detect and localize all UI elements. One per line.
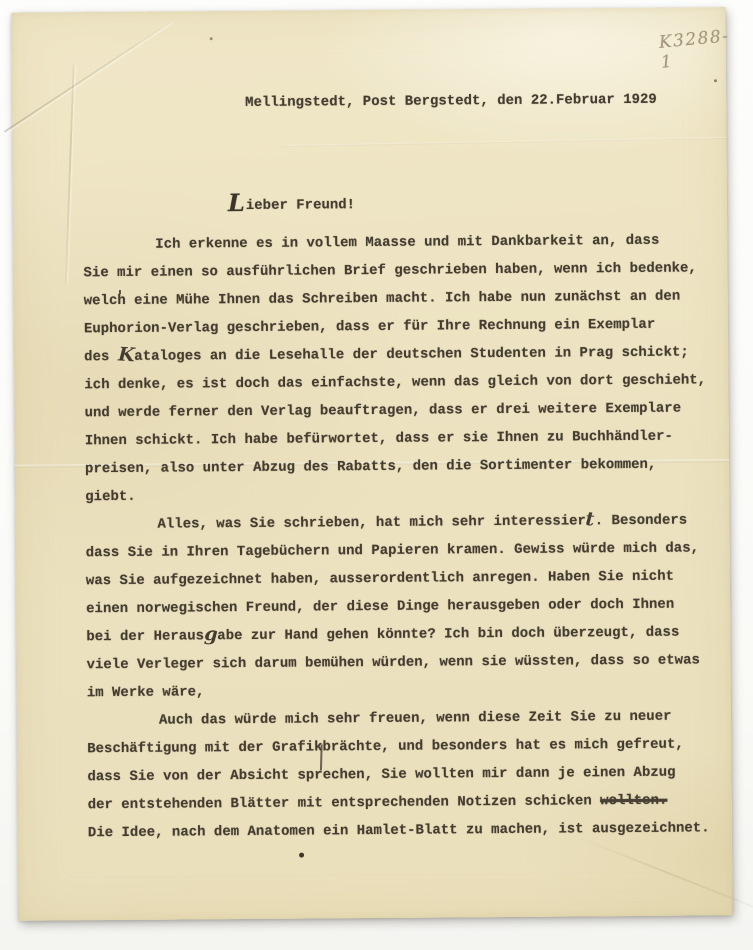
typed-text: viele Verleger sich darum bemühen würden… xyxy=(87,652,700,673)
typed-text: ich denke, es ist doch das einfachste, w… xyxy=(84,372,706,393)
typed-text: einen norwegischen Freund, der diese Din… xyxy=(86,597,674,618)
typed-text: ataloges an die Lesehalle der deutschen … xyxy=(134,345,689,365)
letter-salutation: Lieber Freund! xyxy=(230,186,355,220)
handwritten-correction: t xyxy=(585,510,595,530)
ink-speck xyxy=(299,853,304,858)
typed-text: eine Mühe Ihnen das Schreiben macht. Ich… xyxy=(126,289,681,309)
letter-paper-sheet: K3288-1 Mellingstedt, Post Bergstedt, de… xyxy=(11,7,732,921)
archive-number-annotation: K3288-1 xyxy=(658,26,732,73)
typed-text: und werde ferner den Verlag beauftragen,… xyxy=(85,401,682,422)
typed-text: Sie mir einen so ausführlichen Brief ges… xyxy=(83,260,696,281)
typed-text: Auch das würde mich sehr freuen, wenn di… xyxy=(159,709,672,729)
typed-text: Ihnen schickt. Ich habe befürwortet, das… xyxy=(85,429,673,450)
letter-line: preisen, also unter Abzug des Rabatts, d… xyxy=(85,450,707,483)
typed-text: dass Sie von der Absicht sprechen, Sie w… xyxy=(87,765,675,786)
scanned-letter-page: K3288-1 Mellingstedt, Post Bergstedt, de… xyxy=(0,0,753,950)
paper-crease-corner xyxy=(578,836,753,908)
letter-body: Ich erkenne es in vollem Maasse und mit … xyxy=(83,226,710,847)
typed-text: Die Idee, nach dem Anatomen ein Hamlet-B… xyxy=(88,820,710,841)
letter-line: Die Idee, nach dem Anatomen ein Hamlet-B… xyxy=(88,814,710,847)
typed-text: der entstehenden Blätter mit entsprechen… xyxy=(88,793,601,813)
paper-crease-horizontal-upper xyxy=(284,137,727,147)
paper-crease-diagonal xyxy=(4,21,172,133)
typed-text: des xyxy=(84,349,118,365)
struck-through-text: wollten. xyxy=(600,793,667,810)
letter-dateline: Mellingstedt, Post Bergstedt, den 22.Feb… xyxy=(245,86,657,117)
pencil-speck xyxy=(210,37,213,40)
typed-text: Euphorion-Verlag geschrieben, dass er fü… xyxy=(84,317,655,337)
typed-text: giebt. xyxy=(85,489,136,505)
typed-text: was Sie aufgezeichnet haben, ausserorden… xyxy=(86,569,674,590)
handwritten-initial: L xyxy=(228,188,244,217)
paper-speck xyxy=(714,79,717,82)
paper-crease-vertical xyxy=(65,64,75,284)
handwritten-correction: g xyxy=(203,625,217,645)
typed-text: Ich erkenne es in vollem Maasse und mit … xyxy=(155,233,659,253)
typed-text: Beschäftigung mit der Grafik xyxy=(87,739,322,757)
salutation-text: ieber Freund! xyxy=(246,197,355,214)
letter-line: viele Verleger sich darum bemühen würden… xyxy=(86,646,708,679)
typed-text: dass Sie in Ihren Tagebüchern und Papier… xyxy=(86,540,699,561)
typed-text: brächte, und besonders hat es mich gefre… xyxy=(322,737,683,756)
typed-text: . Besonders xyxy=(595,513,688,530)
typed-text: preisen, also unter Abzug des Rabatts, d… xyxy=(85,457,656,477)
typed-text: im Werke wäre, xyxy=(87,684,205,701)
handwritten-correction: K xyxy=(117,345,135,365)
typed-text: Alles, was Sie schrieben, hat mich sehr … xyxy=(157,513,586,532)
typed-text: abe zur Hand gehen könnte? Ich bin doch … xyxy=(217,625,679,645)
typed-text: bei der Heraus xyxy=(86,628,204,645)
